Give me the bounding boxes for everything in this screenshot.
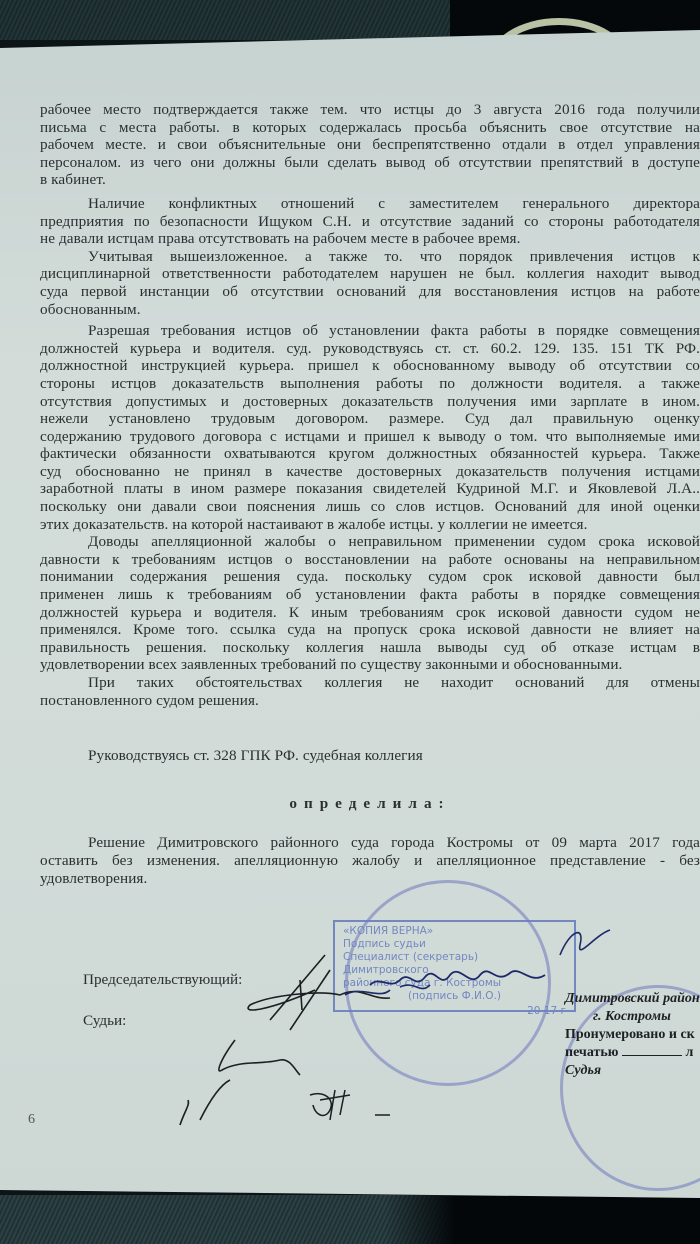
paragraph-no-grounds: При таких обстоятельствах коллегия не на…	[40, 674, 700, 709]
text-line: Разрешая требования истцов об установлен…	[40, 322, 700, 340]
stamp-title: «КОПИЯ ВЕРНА»	[343, 925, 566, 938]
document-body: рабочее место подтверждается также тем. …	[40, 101, 700, 887]
text-line: применен лишь к требованиям об установле…	[40, 586, 700, 604]
text-line: Доводы апелляционной жалобы о неправильн…	[40, 533, 700, 551]
fabric-background-bottom	[0, 1195, 700, 1244]
text-line: нежели установлено трудовым договором. р…	[40, 410, 700, 428]
ruling-heading: определила:	[40, 795, 700, 813]
stamp-signature	[555, 925, 615, 965]
text-line: фактически обязанности охватываются круг…	[40, 445, 700, 463]
text-line: поскольку они давали свои пояснения лишь…	[40, 498, 700, 516]
page-number: 6	[28, 1112, 35, 1128]
text-line: давности к требованиям истцов о восстано…	[40, 551, 700, 569]
text-line: дисциплинарной ответственности работодат…	[40, 265, 700, 283]
text-line: предприятия по безопасности Ищуком С.Н. …	[40, 213, 700, 231]
paragraph-disciplinary: Учитывая вышеизложенное. а также то. что…	[40, 248, 700, 318]
text-line: понимании содержания решения суда. поско…	[40, 568, 700, 586]
text-line: суд обоснованно не принял в качестве дос…	[40, 463, 700, 481]
numbering-line-5: Судья	[565, 1062, 700, 1080]
numbering-stamp: Димитровский район г. Костромы Пронумеро…	[565, 990, 700, 1080]
text-line: стороны истцов доказательств выполнения …	[40, 375, 700, 393]
text-line: обоснованным.	[40, 301, 700, 319]
paragraph-workplace-letters: рабочее место подтверждается также тем. …	[40, 101, 700, 189]
text-line: рабочее место подтверждается также тем. …	[40, 101, 700, 119]
text-line: При таких обстоятельствах коллегия не на…	[40, 674, 700, 692]
text-line: Учитывая вышеизложенное. а также то. что…	[40, 248, 700, 266]
clerk-signature	[360, 955, 560, 1000]
paragraph-combining-positions: Разрешая требования истцов об установлен…	[40, 322, 700, 533]
text-line: постановленного судом решения.	[40, 692, 700, 710]
text-line: в кабинет.	[40, 171, 700, 189]
numbering-line-2: г. Костромы	[565, 1008, 700, 1026]
text-line: оставить без изменения. апелляционную жа…	[40, 852, 700, 870]
paragraph-limitation-period: Доводы апелляционной жалобы о неправильн…	[40, 533, 700, 674]
text-line: письма с места работы. в которых содержа…	[40, 119, 700, 137]
guided-by-statement: Руководствуясь ст. 328 ГПК РФ. судебная …	[40, 747, 700, 765]
text-line: суда первой инстанции об отсутствии осно…	[40, 283, 700, 301]
text-line: должностной инструкцией курьера. пришел …	[40, 357, 700, 375]
text-line: Решение Димитровского районного суда гор…	[40, 834, 700, 852]
judge-signature-2	[305, 1085, 395, 1125]
text-line: удовлетворения.	[40, 870, 700, 888]
text-line: должностей курьера и водителя. суд. руко…	[40, 340, 700, 358]
ruling-paragraph: Решение Димитровского районного суда гор…	[40, 834, 700, 887]
text-line: правильность решения. поскольку коллегия…	[40, 639, 700, 657]
text-line: персоналом. из чего они должны были сдел…	[40, 154, 700, 172]
presiding-judge-label: Председательствующий:	[83, 971, 242, 989]
text-line: отсутствия допустимых и достоверных дока…	[40, 393, 700, 411]
numbering-line-1: Димитровский район	[565, 990, 700, 1008]
text-line: рабочем месте. и свои объяснительные они…	[40, 136, 700, 154]
text-line: применялся. Кроме того. ссылка суда на п…	[40, 621, 700, 639]
text-line: заработной платы в ином размере показани…	[40, 480, 700, 498]
text-line: не давали истцам права отсутствовать на …	[40, 230, 700, 248]
numbering-line-4: печатью л	[565, 1044, 700, 1062]
paragraph-conflict: Наличие конфликтных отношений с заместит…	[40, 195, 700, 248]
text-line: удовлетворении всех заявленных требовани…	[40, 656, 700, 674]
judges-label: Судьи:	[83, 1012, 126, 1030]
text-line: этих доказательств. на которой настаиваю…	[40, 516, 700, 534]
text-line: содержанию трудового договора с истцами …	[40, 428, 700, 446]
numbering-line-3: Пронумеровано и ск	[565, 1026, 700, 1044]
text-line: должностей курьера и водителя. К иным тр…	[40, 604, 700, 622]
text-line: Наличие конфликтных отношений с заместит…	[40, 195, 700, 213]
judge-signature-1	[160, 1030, 320, 1130]
